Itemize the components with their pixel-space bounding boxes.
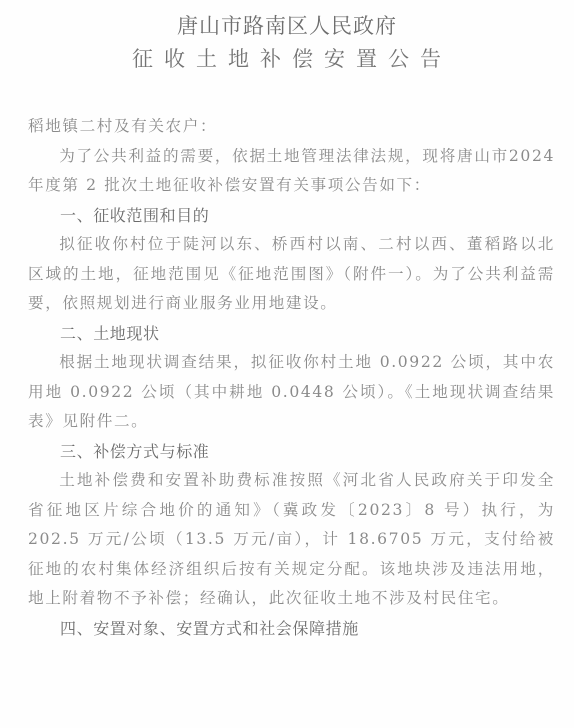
issuer-title: 唐山市路南区人民政府 (0, 10, 574, 40)
section-heading-2: 二、土地现状 (28, 319, 555, 349)
salutation: 稻地镇二村及有关农户： (28, 112, 555, 142)
section-heading-1: 一、征收范围和目的 (28, 201, 555, 231)
section-body-1: 拟征收你村位于陡河以东、桥西村以南、二村以西、董稻路以北区域的土地，征地范围见《… (28, 230, 555, 319)
document-page: 唐山市路南区人民政府 征收土地补偿安置公告 稻地镇二村及有关农户： 为了公共利益… (0, 0, 574, 728)
notice-title: 征收土地补偿安置公告 (0, 43, 574, 73)
document-body: 稻地镇二村及有关农户： 为了公共利益的需要，依据土地管理法律法规，现将唐山市20… (28, 112, 555, 643)
section-body-2: 根据土地现状调查结果，拟征收你村土地 0.0922 公顷，其中农用地 0.092… (28, 348, 555, 437)
intro-paragraph: 为了公共利益的需要，依据土地管理法律法规，现将唐山市2024 年度第 2 批次土… (28, 142, 555, 201)
section-heading-4: 四、安置对象、安置方式和社会保障措施 (28, 614, 555, 644)
section-body-3: 土地补偿费和安置补助费标准按照《河北省人民政府关于印发全省征地区片综合地价的通知… (28, 466, 555, 614)
section-heading-3: 三、补偿方式与标准 (28, 437, 555, 467)
